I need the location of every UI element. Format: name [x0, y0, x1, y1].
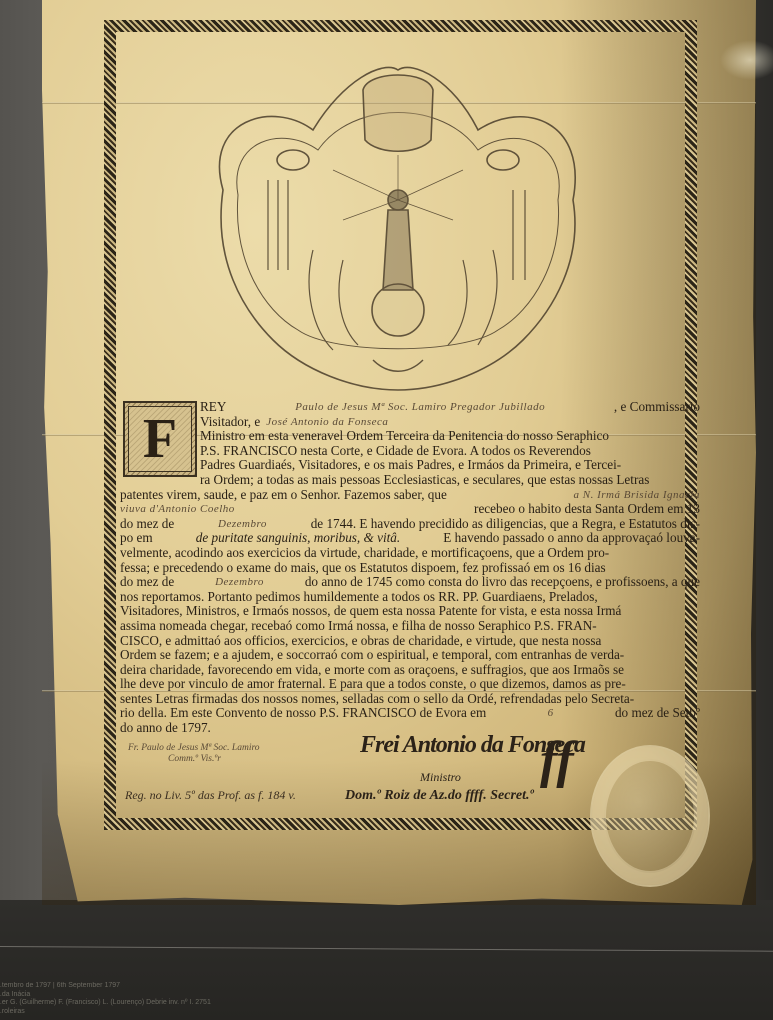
registry-note: Reg. no Liv. 5º das Prof. as f. 184 v.: [125, 788, 296, 803]
text-line: patentes virem, saude, e paz em o Senhor…: [120, 488, 700, 503]
text-line: Padres Guardiaés, Visitadores, e os mais…: [120, 458, 700, 473]
document-body-text: REY Paulo de Jesus Mª Soc. Lamiro Pregad…: [120, 400, 700, 736]
text-line: rio della. Em este Convento de nosso P.S…: [120, 706, 700, 721]
text-line: do mez de Dezembro de 1744. E havendo pr…: [120, 517, 700, 532]
embossed-seal-icon: [590, 745, 710, 887]
museum-label-line: ...da Inácia: [0, 991, 300, 1000]
text-line: po em de puritate sanguinis, moribus, & …: [120, 531, 700, 546]
text-line: Ordem se fazem; e a ajudem, e soccorraó …: [120, 648, 700, 663]
text-line: deira charidade, favorecendo em vida, e …: [120, 663, 700, 678]
text-line: REY Paulo de Jesus Mª Soc. Lamiro Pregad…: [120, 400, 700, 415]
museum-label: ...tembro de 1797 | 6th September 1797 .…: [0, 982, 300, 1016]
signature-line: Fr. Paulo de Jesus Mª Soc. Lamiro: [128, 743, 260, 754]
printed-text: do anno de 1745 como consta do livro das…: [305, 575, 700, 590]
commissary-signature-note: Fr. Paulo de Jesus Mª Soc. Lamiro Comm.º…: [128, 743, 260, 765]
printed-text: do mez de: [120, 575, 174, 590]
handwritten-text: Dezembro: [215, 575, 264, 590]
text-line: viuva d'Antonio Coelho recebeo o habito …: [120, 502, 700, 517]
text-line: do mez de Dezembro do anno de 1745 como …: [120, 575, 700, 590]
signature-flourish: ff: [540, 735, 574, 787]
text-line: velmente, acodindo aos exercicios da vir…: [120, 546, 700, 561]
text-line: assima nomeada chegar, recebaó como Irmá…: [120, 619, 700, 634]
printed-text: REY: [200, 400, 226, 415]
light-glare: [720, 40, 773, 80]
minister-title: Ministro: [420, 770, 461, 785]
printed-text: recebeo o habito desta Santa Ordem em 13: [474, 502, 700, 517]
handwritten-text: José Antonio da Fonseca: [260, 415, 700, 430]
handwritten-text: viuva d'Antonio Coelho: [120, 502, 235, 517]
printed-text: do mez de: [120, 517, 174, 532]
text-line: Ministro em esta veneravel Ordem Terceir…: [120, 429, 700, 444]
printed-text: po em: [120, 531, 153, 546]
text-line: ra Ordem; a todas as mais pessoas Eccles…: [120, 473, 700, 488]
printed-text: E havendo passado o anno da approvaçaó l…: [443, 531, 700, 546]
museum-label-line: ...roleiras: [0, 1008, 300, 1017]
text-line: nos reportamos. Portanto pedimos humilde…: [120, 590, 700, 605]
handwritten-text: Paulo de Jesus Mª Soc. Lamiro Pregador J…: [295, 400, 545, 415]
text-line: Visitadores, Ministros, e Irmaós nossos,…: [120, 604, 700, 619]
signature-line: Comm.º Vis.ºr: [128, 754, 260, 765]
printed-text: patentes virem, saude, e paz em o Senhor…: [120, 488, 447, 503]
text-line: lhe deve por vinculo de amor fraternal. …: [120, 677, 700, 692]
text-line: P.S. FRANCISCO nesta Corte, e Cidade de …: [120, 444, 700, 459]
printed-text: Visitador, e: [200, 415, 260, 430]
handwritten-text: 6: [548, 706, 554, 721]
printed-text: do mez de Setbº: [615, 706, 700, 721]
museum-label-line: ...tembro de 1797 | 6th September 1797: [0, 982, 300, 991]
text-line: sentes Letras firmadas dos nossos nomes,…: [120, 692, 700, 707]
text-line: fessa; e precedendo o exame do mais, que…: [120, 561, 700, 576]
text-line: Visitador, e José Antonio da Fonseca: [120, 415, 700, 430]
printed-text: rio della. Em este Convento de nosso P.S…: [120, 706, 486, 721]
text-line: CISCO, e admittaó aos officios, exercici…: [120, 634, 700, 649]
secretary-signature: Dom.º Roiz de Az.do ffff. Secret.º: [345, 788, 534, 804]
handwritten-text: a N. Irmá Brisida Ignacia: [574, 488, 700, 503]
latin-phrase: de puritate sanguinis, moribus, & vitâ.: [196, 531, 400, 546]
printed-text: , e Commissario: [614, 400, 700, 415]
handwritten-text: Dezembro: [218, 517, 267, 532]
printed-text: de 1744. E havendo precidido as diligenc…: [311, 517, 700, 532]
museum-label-line: ...er G. (Guilherme) F. (Francisco) L. (…: [0, 999, 300, 1008]
engraving-illustration-icon: [193, 60, 598, 400]
